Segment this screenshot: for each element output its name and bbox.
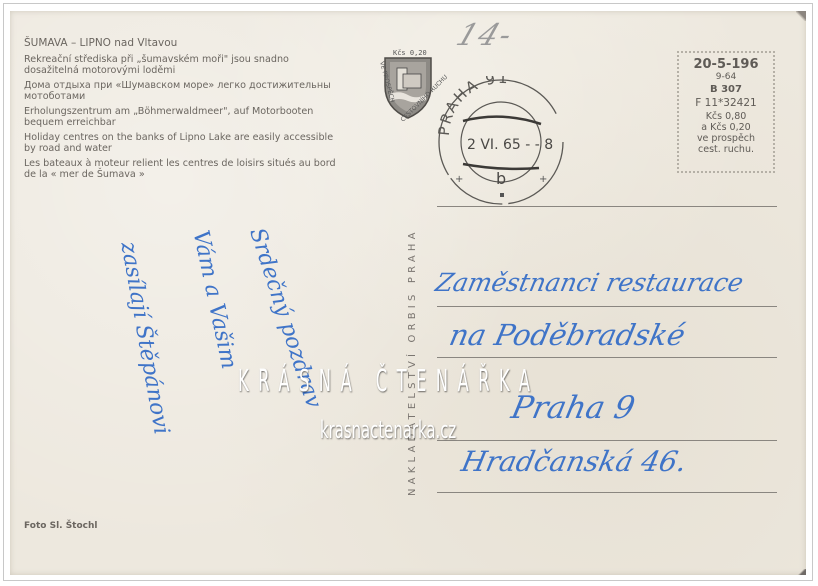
address-street: na Poděbradské bbox=[446, 318, 688, 352]
publisher-text: NAKLADATELSTVÍ ORBIS PRAHA bbox=[407, 196, 421, 496]
worn-corner bbox=[796, 11, 806, 21]
postmark-cancel: PRAHA 91 2 VI. 65 - - 8 b + + bbox=[433, 76, 573, 206]
address-recipient: Zaměstnanci restaurace bbox=[433, 268, 746, 297]
stamp-code: 20-5-196 bbox=[679, 57, 773, 72]
emblem-value: Kčs 0,20 bbox=[393, 49, 427, 57]
caption-block: ŠUMAVA – LIPNO nad Vltavou Rekreační stř… bbox=[24, 38, 344, 184]
address-line bbox=[437, 306, 777, 307]
address-line bbox=[437, 206, 777, 207]
address-line bbox=[437, 440, 777, 441]
stamp-serial: F 11*32421 bbox=[679, 97, 773, 109]
caption-german: Erholungszentrum am „Böhmerwaldmeer", au… bbox=[24, 106, 344, 129]
address-line bbox=[437, 492, 777, 493]
photo-credit: Foto Sl. Štochl bbox=[24, 521, 98, 531]
printed-stamp-box: 20-5-196 9-64 B 307 F 11*32421 Kčs 0,80 … bbox=[677, 51, 775, 173]
postmark-letter: b bbox=[496, 169, 506, 188]
address-number: Hradčanská 46. bbox=[458, 445, 689, 478]
stamp-surcharge: a Kčs 0,20 bbox=[679, 122, 773, 133]
stamp-price: Kčs 0,80 bbox=[679, 111, 773, 122]
svg-text:PRAHA 91: PRAHA 91 bbox=[435, 76, 510, 136]
postmark-date: 2 VI. 65 - - 8 bbox=[467, 137, 553, 153]
worn-corner bbox=[798, 569, 806, 575]
caption-title: ŠUMAVA – LIPNO nad Vltavou bbox=[24, 38, 344, 50]
stamp-note: ve prospěch bbox=[679, 133, 773, 144]
caption-czech: Rekreační střediska při „šumavském moři"… bbox=[24, 54, 344, 77]
caption-english: Holiday centres on the banks of Lipno La… bbox=[24, 132, 344, 155]
stamp-note: cest. ruchu. bbox=[679, 144, 773, 155]
watermark-title: KRÁSNÁ ČTENÁŘKA bbox=[238, 364, 539, 399]
stamp-sub: 9-64 bbox=[679, 72, 773, 82]
postmark-city: PRAHA 91 bbox=[435, 76, 510, 136]
caption-french: Les bateaux à moteur relient les centres… bbox=[24, 158, 344, 181]
stamp-series: B 307 bbox=[679, 84, 773, 95]
svg-text:+: + bbox=[455, 174, 463, 185]
caption-russian: Дома отдыха при «Шумавском море» легко д… bbox=[24, 80, 344, 103]
watermark-url: krasnactenarka.cz bbox=[320, 416, 456, 444]
svg-text:+: + bbox=[539, 174, 547, 185]
address-line bbox=[437, 357, 777, 358]
